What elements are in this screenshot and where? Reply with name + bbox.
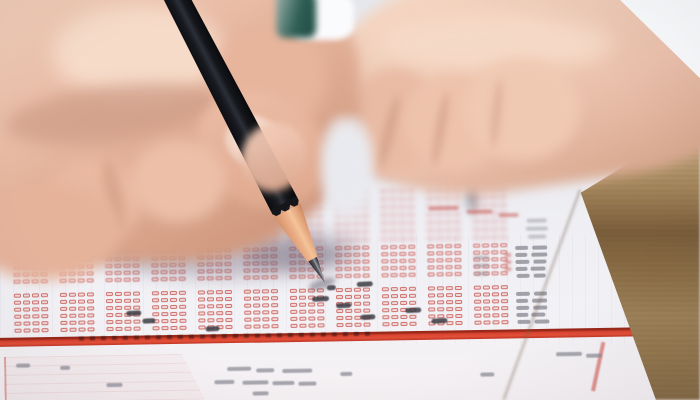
red-margin-line: [591, 342, 605, 392]
lower-section-mark: [60, 366, 70, 370]
lower-section-mark: [272, 381, 294, 385]
lower-knuckle-2: [130, 140, 226, 222]
lower-section-mark: [227, 367, 251, 371]
lower-section-mark: [298, 381, 316, 385]
paper-gap-between-hands: [320, 116, 374, 218]
lower-section-mark: [16, 363, 30, 367]
pencil-graphite-tip: [308, 257, 329, 286]
lower-section-mark: [340, 372, 352, 376]
lower-section-mark: [242, 380, 268, 384]
lower-section-mark: [253, 391, 269, 395]
photo-frame: [0, 0, 700, 400]
lower-section-mark: [586, 353, 602, 357]
lower-answer-table: [4, 353, 207, 400]
right-finger-3: [464, 58, 580, 160]
lower-section-mark: [480, 372, 494, 376]
lower-section-mark: [106, 383, 122, 387]
lower-section-mark: [556, 352, 582, 356]
lower-section-mark: [214, 380, 234, 384]
lower-section-mark: [256, 368, 274, 372]
teal-background-object: [276, 0, 316, 38]
lower-section-mark: [282, 369, 312, 373]
